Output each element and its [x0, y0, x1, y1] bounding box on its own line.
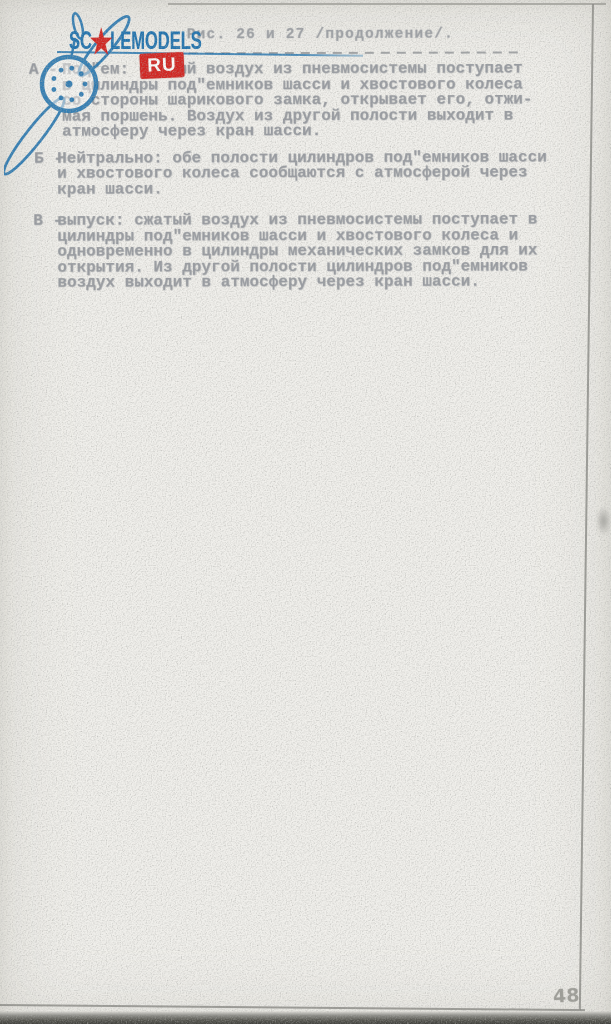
- page-number: 48: [552, 984, 580, 1007]
- scanned-document-page: SC★LEMODELS RU Рис. 26 и 27 /продолжение…: [0, 0, 611, 1024]
- logo-text-sc: SC: [69, 27, 92, 55]
- scalemodels-watermark: SC★LEMODELS RU: [0, 0, 400, 210]
- paragraph-label: В -: [33, 214, 62, 230]
- scalemodels-logo-text: SC★LEMODELS: [69, 29, 202, 54]
- paragraph: В - выпуск: сжатый воздух из пневмосисте…: [0, 212, 579, 291]
- red-star-icon: ★: [90, 30, 112, 54]
- paragraph-text: выпуск: сжатый воздух из пневмосистемы п…: [57, 212, 579, 291]
- text-line: воздух выходит в атмосферу через кран ша…: [57, 274, 579, 291]
- logo-text-lemodels: LEMODELS: [110, 27, 202, 55]
- ru-stamp-badge: RU: [139, 52, 184, 79]
